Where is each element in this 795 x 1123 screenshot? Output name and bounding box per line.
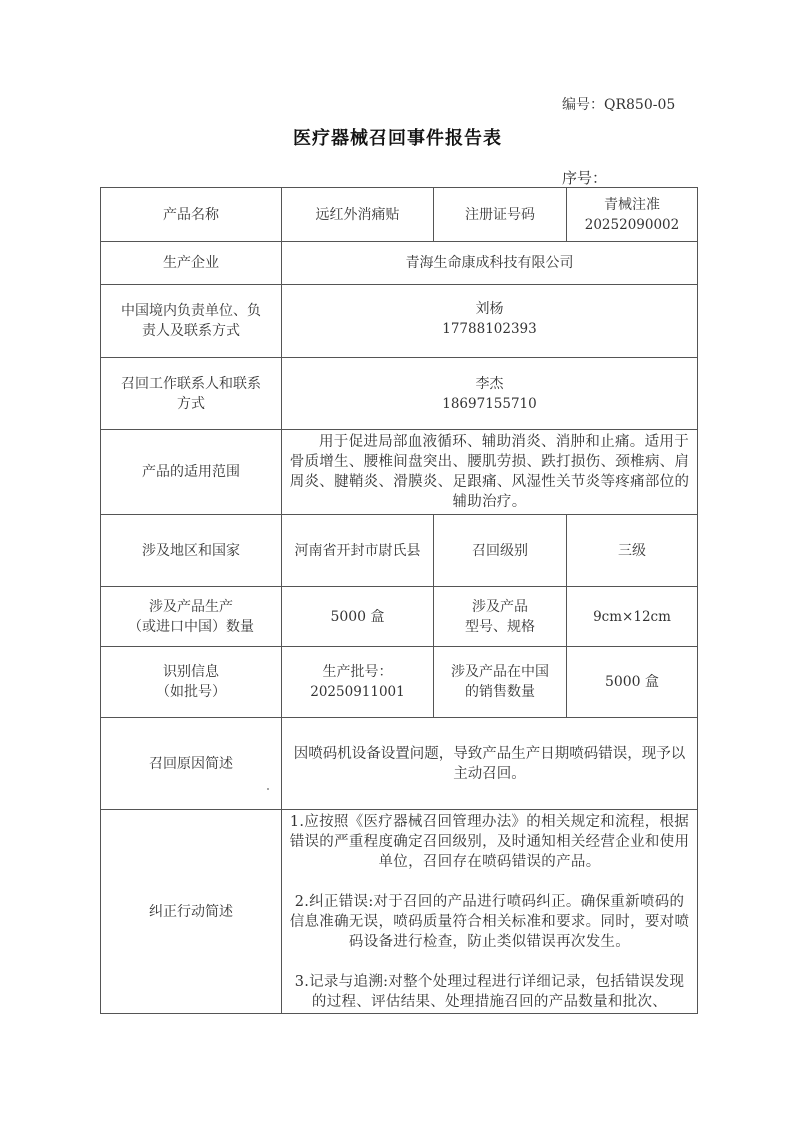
corrective-item-2: 2.纠正错误:对于召回的产品进行喷码纠正。确保重新喷码的信息准确无误，喷码质量符… bbox=[288, 892, 691, 952]
identification-label-line2: （如批号） bbox=[107, 682, 275, 702]
batch-number-value: 生产批号： 20250911001 bbox=[282, 647, 434, 718]
region-label: 涉及地区和国家 bbox=[101, 515, 282, 587]
region-value: 河南省开封市尉氏县 bbox=[282, 515, 434, 587]
identification-label: 识别信息 （如批号） bbox=[101, 647, 282, 718]
quantity-label-line2: （或进口中国）数量 bbox=[107, 617, 275, 637]
scan-speck bbox=[267, 788, 269, 790]
sales-quantity-label-line2: 的销售数量 bbox=[440, 682, 560, 702]
row-recall-reason: 召回原因简述 因喷码机设备设置问题，导致产品生产日期喷码错误，现予以主动召回。 bbox=[101, 718, 698, 810]
model-label: 涉及产品 型号、规格 bbox=[434, 587, 567, 647]
corrective-item-1: 1.应按照《医疗器械召回管理办法》的相关规定和流程，根据错误的严重程度确定召回级… bbox=[288, 812, 691, 872]
page-title: 医疗器械召回事件报告表 bbox=[0, 124, 795, 150]
row-manufacturer: 生产企业 青海生命康成科技有限公司 bbox=[101, 242, 698, 285]
sales-quantity-value: 5000 盒 bbox=[567, 647, 698, 718]
manufacturer-value: 青海生命康成科技有限公司 bbox=[282, 242, 698, 285]
row-scope: 产品的适用范围 用于促进局部血液循环、辅助消炎、消肿和止痛。适用于骨质增生、腰椎… bbox=[101, 430, 698, 515]
row-quantity: 涉及产品生产 （或进口中国）数量 5000 盒 涉及产品 型号、规格 9cm×1… bbox=[101, 587, 698, 647]
product-name-value: 远红外消痛贴 bbox=[282, 188, 434, 242]
identification-label-line1: 识别信息 bbox=[107, 662, 275, 682]
registration-number-value: 青械注准 20252090002 bbox=[567, 188, 698, 242]
recall-contact-name: 李杰 bbox=[288, 374, 691, 394]
model-label-line1: 涉及产品 bbox=[440, 597, 560, 617]
row-region: 涉及地区和国家 河南省开封市尉氏县 召回级别 三级 bbox=[101, 515, 698, 587]
manufacturer-label: 生产企业 bbox=[101, 242, 282, 285]
recall-contact-phone: 18697155710 bbox=[288, 394, 691, 414]
serial-number-label: 序号： bbox=[562, 167, 607, 188]
recall-contact-label: 召回工作联系人和联系 方式 bbox=[101, 358, 282, 430]
sales-quantity-label: 涉及产品在中国 的销售数量 bbox=[434, 647, 567, 718]
model-value: 9cm×12cm bbox=[567, 587, 698, 647]
row-corrective-action: 纠正行动简述 1.应按照《医疗器械召回管理办法》的相关规定和流程，根据错误的严重… bbox=[101, 810, 698, 1014]
domestic-responsible-label-line2: 责人及联系方式 bbox=[107, 321, 275, 341]
recall-contact-label-line1: 召回工作联系人和联系 bbox=[107, 374, 275, 394]
sales-quantity-label-line1: 涉及产品在中国 bbox=[440, 662, 560, 682]
recall-reason-text: 因喷码机设备设置问题，导致产品生产日期喷码错误，现予以主动召回。 bbox=[282, 718, 698, 810]
registration-number-line1: 青械注准 bbox=[573, 195, 691, 215]
corrective-action-text: 1.应按照《医疗器械召回管理办法》的相关规定和流程，根据错误的严重程度确定召回级… bbox=[282, 810, 698, 1014]
domestic-responsible-name: 刘杨 bbox=[288, 299, 691, 319]
corrective-action-label: 纠正行动简述 bbox=[101, 810, 282, 1014]
recall-contact-label-line2: 方式 bbox=[107, 394, 275, 414]
row-product-name: 产品名称 远红外消痛贴 注册证号码 青械注准 20252090002 bbox=[101, 188, 698, 242]
recall-level-label: 召回级别 bbox=[434, 515, 567, 587]
recall-contact-value: 李杰 18697155710 bbox=[282, 358, 698, 430]
product-name-label: 产品名称 bbox=[101, 188, 282, 242]
recall-report-table: 产品名称 远红外消痛贴 注册证号码 青械注准 20252090002 生产企业 … bbox=[100, 187, 698, 1014]
recall-level-value: 三级 bbox=[567, 515, 698, 587]
row-domestic-responsible: 中国境内负责单位、负 责人及联系方式 刘杨 17788102393 bbox=[101, 285, 698, 358]
row-recall-contact: 召回工作联系人和联系 方式 李杰 18697155710 bbox=[101, 358, 698, 430]
model-label-line2: 型号、规格 bbox=[440, 617, 560, 637]
domestic-responsible-phone: 17788102393 bbox=[288, 319, 691, 339]
registration-number-label: 注册证号码 bbox=[434, 188, 567, 242]
quantity-value: 5000 盒 bbox=[282, 587, 434, 647]
recall-reason-label: 召回原因简述 bbox=[101, 718, 282, 810]
document-code: 编号：QR850-05 bbox=[562, 94, 675, 114]
quantity-label: 涉及产品生产 （或进口中国）数量 bbox=[101, 587, 282, 647]
batch-number-label: 生产批号： bbox=[288, 662, 427, 682]
domestic-responsible-value: 刘杨 17788102393 bbox=[282, 285, 698, 358]
scope-text: 用于促进局部血液循环、辅助消炎、消肿和止痛。适用于骨质增生、腰椎间盘突出、腰肌劳… bbox=[282, 430, 698, 515]
row-identification: 识别信息 （如批号） 生产批号： 20250911001 涉及产品在中国 的销售… bbox=[101, 647, 698, 718]
batch-number: 20250911001 bbox=[288, 682, 427, 702]
scope-label: 产品的适用范围 bbox=[101, 430, 282, 515]
registration-number-line2: 20252090002 bbox=[573, 215, 691, 235]
corrective-item-3: 3.记录与追溯:对整个处理过程进行详细记录，包括错误发现的过程、评估结果、处理措… bbox=[288, 972, 691, 1012]
domestic-responsible-label-line1: 中国境内负责单位、负 bbox=[107, 301, 275, 321]
domestic-responsible-label: 中国境内负责单位、负 责人及联系方式 bbox=[101, 285, 282, 358]
quantity-label-line1: 涉及产品生产 bbox=[107, 597, 275, 617]
